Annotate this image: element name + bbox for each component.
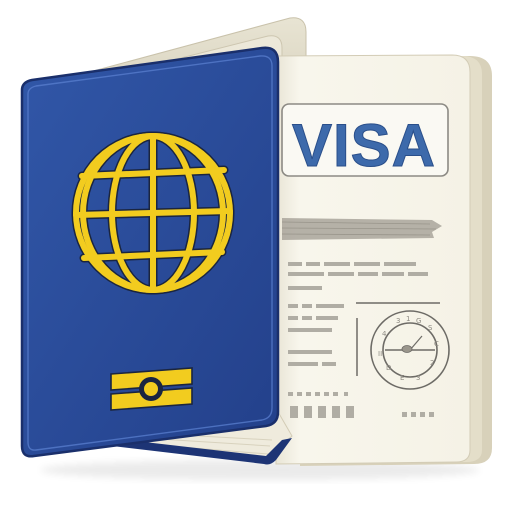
passport-visa-illustration: VISA 31G bbox=[0, 0, 512, 512]
svg-text:1: 1 bbox=[406, 315, 410, 323]
visa-page: VISA 31G bbox=[276, 55, 492, 466]
svg-text:G: G bbox=[416, 317, 421, 325]
biometric-chip-icon bbox=[111, 368, 192, 410]
svg-text:D: D bbox=[386, 364, 391, 372]
svg-text:2: 2 bbox=[430, 359, 434, 367]
svg-text:II: II bbox=[378, 350, 382, 358]
svg-text:3: 3 bbox=[416, 374, 420, 382]
passport-cover bbox=[22, 48, 292, 465]
globe-icon bbox=[76, 136, 230, 290]
visa-stamp-box: VISA bbox=[282, 104, 448, 179]
circular-stamp-icon: 31G SC2 3ED II4 bbox=[371, 311, 449, 389]
svg-text:4: 4 bbox=[382, 330, 387, 338]
svg-text:S: S bbox=[428, 324, 433, 332]
svg-text:C: C bbox=[434, 340, 439, 348]
svg-text:E: E bbox=[400, 374, 404, 382]
svg-text:3: 3 bbox=[396, 317, 400, 325]
visa-title: VISA bbox=[292, 112, 436, 179]
